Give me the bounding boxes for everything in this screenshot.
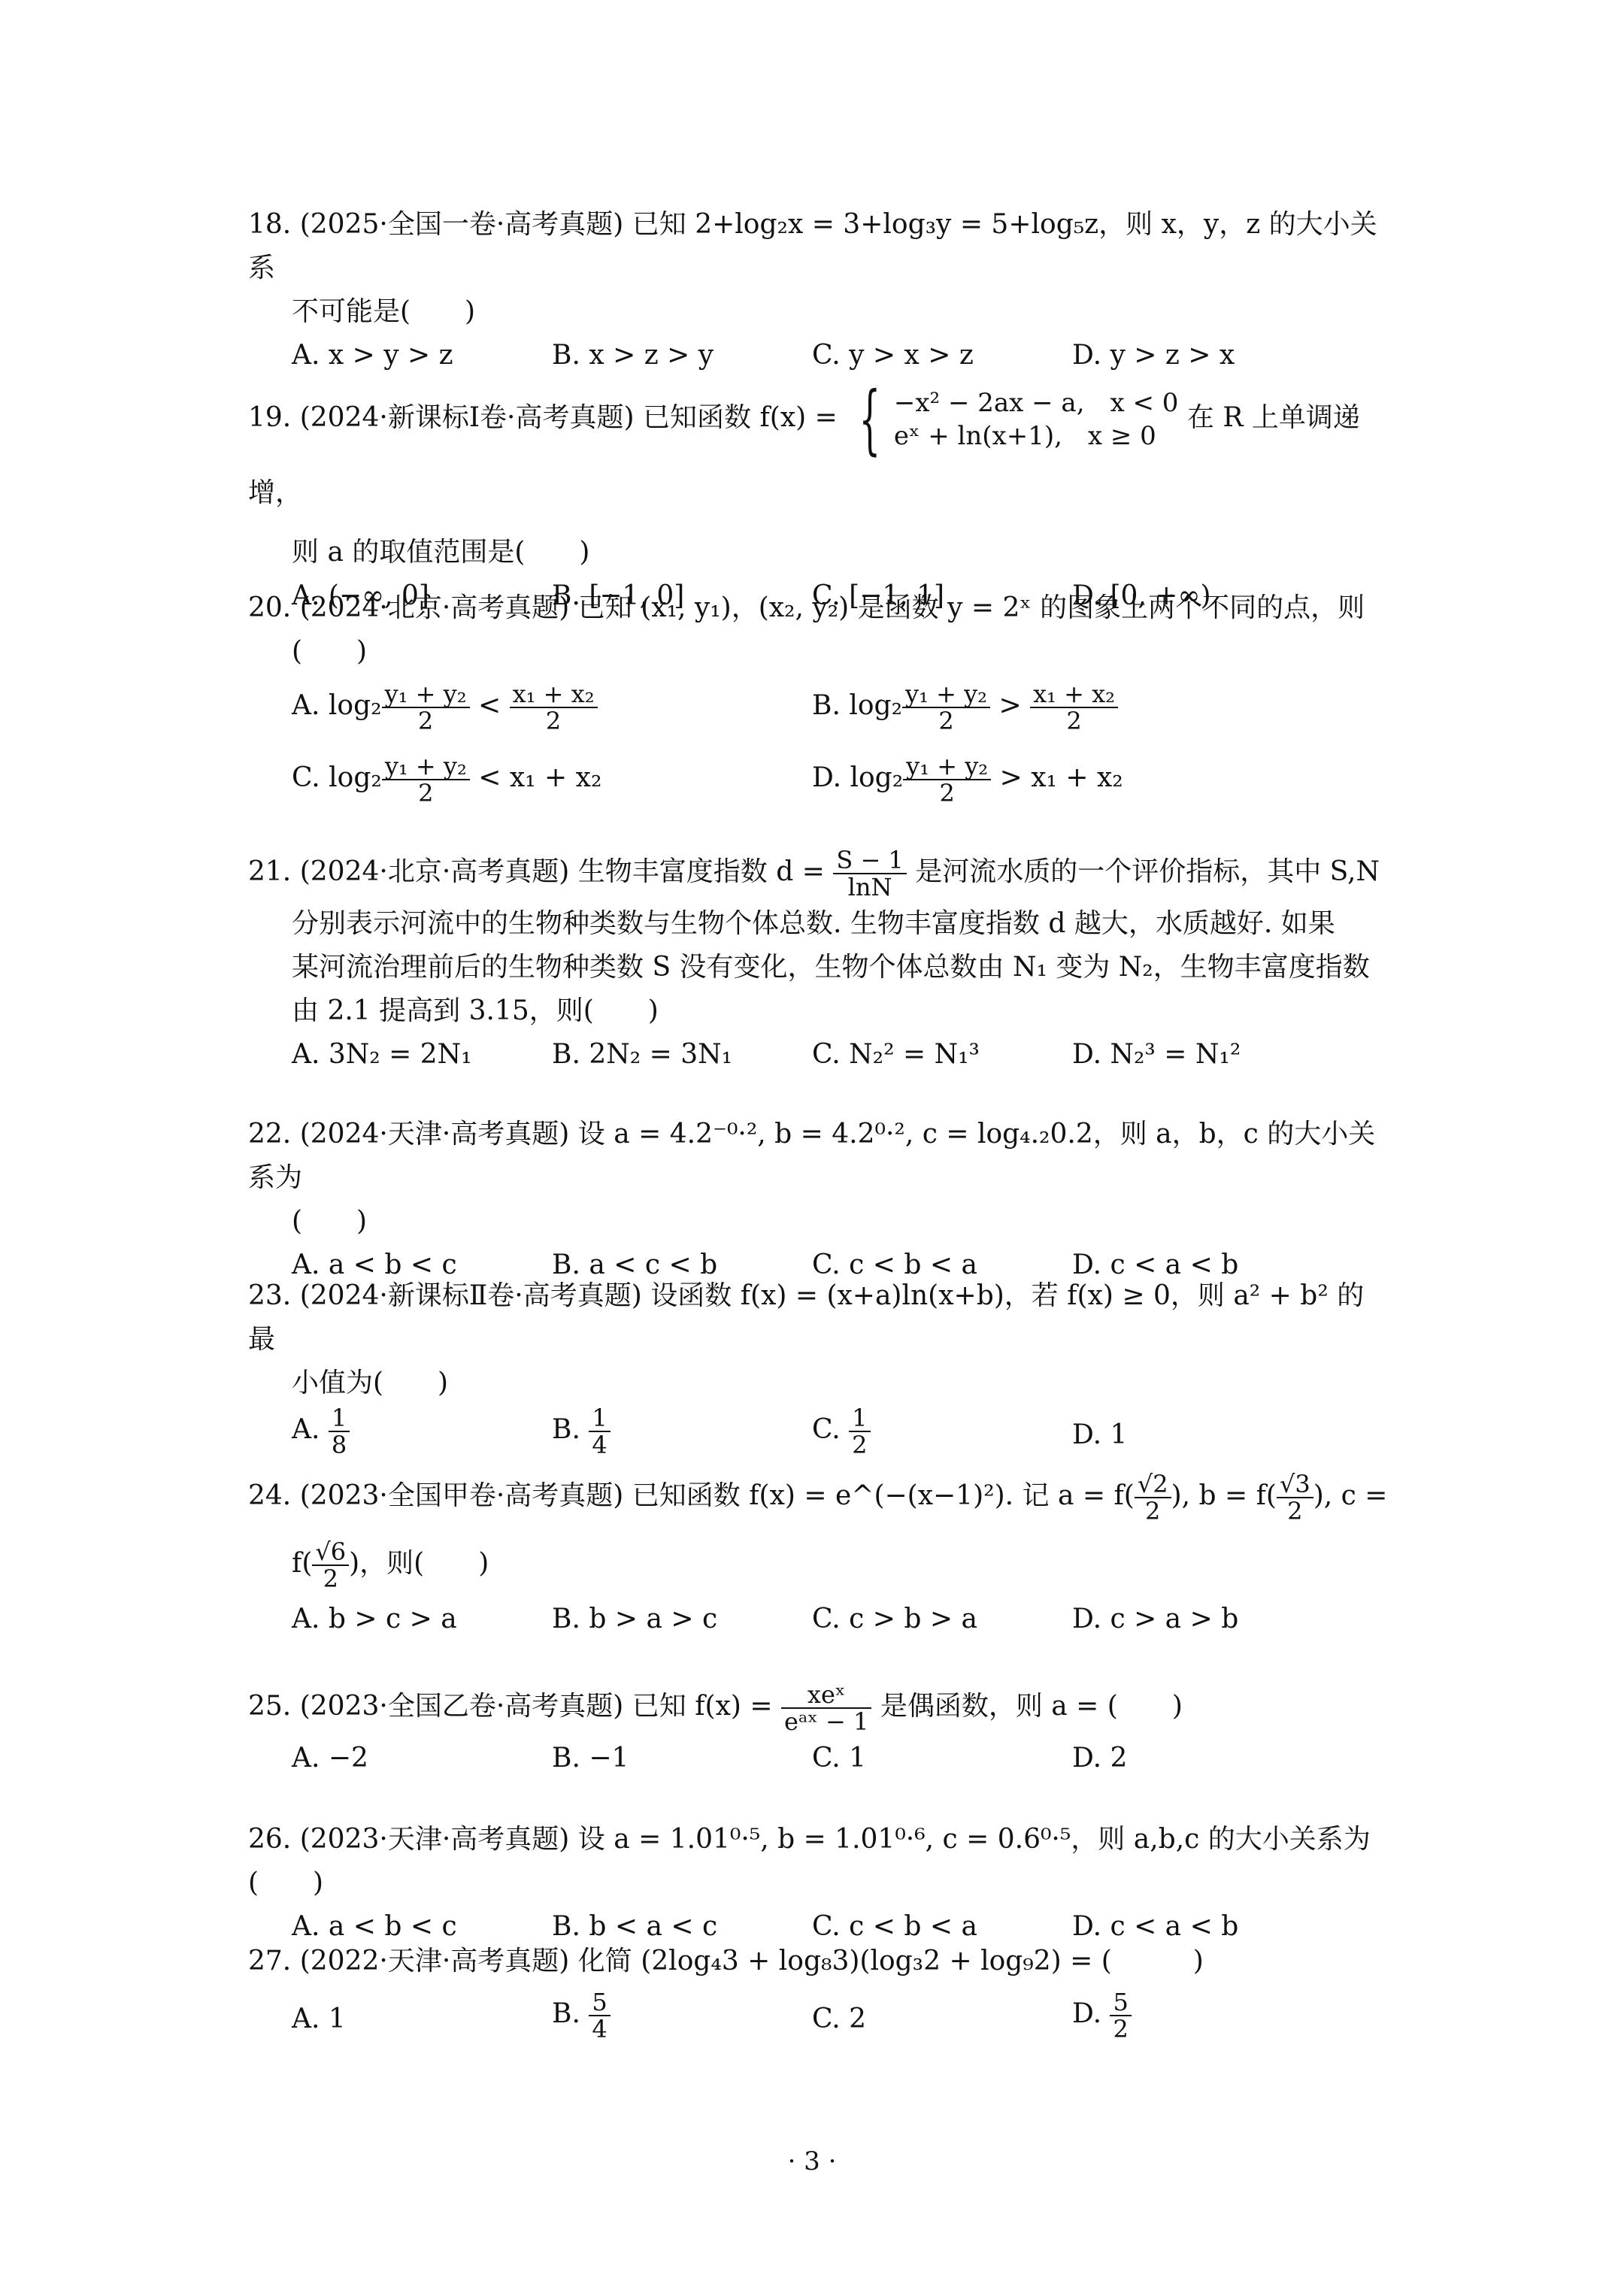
option-c: C. y > x > z [812,334,974,377]
question-text: 已知 f(x) = [632,1691,773,1722]
question-text-line: 分别表示河流中的生物种类数与生物个体总数. 生物丰富度指数 d 越大，水质越好.… [248,902,1391,946]
option-c: C. log₂y₁ + y₂2 < x₁ + x₂ [292,753,601,806]
option-d: D. N₂³ = N₁² [1072,1033,1241,1077]
question-24: 24. (2023·全国甲卷·高考真题) 已知函数 f(x) = e^(−(x−… [248,1462,1391,1646]
option-label: C. log₂ [292,762,382,793]
text: ), c = [1313,1480,1388,1511]
fraction: S − 1lnN [833,847,906,900]
options: A. x > y > z B. x > z > y C. y > x > z D… [248,334,1391,382]
question-text-cont: 则 a 的取值范围是( ) [248,531,1391,574]
question-stem: 19. (2024·新课标Ⅰ卷·高考真题) 已知函数 f(x) = { −x² … [248,380,1391,531]
option-b: B. 2N₂ = 3N₁ [552,1033,732,1077]
option-d: D. 2 [1072,1737,1127,1780]
option-d: D. c > a > b [1072,1598,1238,1641]
option-b: B. 54 [552,1989,611,2042]
option-c: C. 2 [812,1989,866,2049]
question-text-line: 由 2.1 提高到 3.15，则( ) [248,989,1391,1033]
relation: > [1000,762,1023,793]
option-a: A. b > c > a [292,1598,457,1641]
option-b: B. x > z > y [552,334,714,377]
options: A. −2 B. −1 C. 1 D. 2 [248,1737,1391,1785]
option-d: D. 52 [1072,1989,1132,2042]
option-a: A. −2 [292,1737,368,1780]
options-row-2: C. log₂y₁ + y₂2 < x₁ + x₂ D. log₂y₁ + y₂… [248,753,1391,825]
question-number: 23. [248,1280,291,1311]
fraction: 18 [329,1405,350,1458]
option-d: D. y > z > x [1072,334,1235,377]
question-20: 20. (2024·北京·高考真题) 已知 (x₁, y₁)，(x₂, y₂) … [248,586,1391,825]
option-label: D. log₂ [812,762,903,793]
question-stem-cont: 分别表示河流中的生物种类数与生物个体总数. 生物丰富度指数 d 越大，水质越好.… [248,902,1391,1033]
question-text-cont: 小值为( ) [248,1362,1391,1405]
fraction: 54 [589,1989,610,2042]
fraction: x₁ + x₂2 [510,681,598,734]
option-label: A. log₂ [292,690,382,721]
fraction: 52 [1110,1989,1131,2042]
question-source: (2024·北京·高考真题) [300,592,570,623]
option-c: C. N₂² = N₁³ [812,1033,980,1077]
question-26: 26. (2023·天津·高考真题) 设 a = 1.01⁰·⁵, b = 1.… [248,1818,1391,1953]
option-b: B. log₂y₁ + y₂2 > x₁ + x₂2 [812,681,1118,734]
question-stem-cont: f(√62)，则( ) [248,1530,1391,1598]
text: f( [292,1548,312,1579]
question-source: (2024·北京·高考真题) [300,856,570,887]
question-number: 27. [248,1946,291,1976]
question-number: 21. [248,856,291,887]
text: ), b = f( [1171,1480,1277,1511]
question-stem: 26. (2023·天津·高考真题) 设 a = 1.01⁰·⁵, b = 1.… [248,1818,1391,1905]
left-brace: { [859,386,881,453]
question-stem: 27. (2022·天津·高考真题) 化简 (2log₄3 + log₈3)(l… [248,1940,1391,1983]
question-number: 18. [248,209,291,240]
rhs: x₁ + x₂ [1031,762,1123,793]
question-25: 25. (2023·全国乙卷·高考真题) 已知 f(x) = xeˣeᵃˣ − … [248,1677,1391,1785]
option-c: C. 12 [812,1405,871,1458]
question-18: 18. (2025·全国一卷·高考真题) 已知 2+log₂x = 3+log₃… [248,203,1391,382]
fraction: √32 [1277,1471,1313,1524]
question-text-line: 某河流治理前后的生物种类数 S 没有变化，生物个体总数由 N₁ 变为 N₂，生物… [248,946,1391,989]
relation: > [998,690,1021,721]
question-source: (2024·新课标Ⅱ卷·高考真题) [300,1280,642,1311]
question-stem: 25. (2023·全国乙卷·高考真题) 已知 f(x) = xeˣeᵃˣ − … [248,1677,1391,1737]
fraction: xeˣeᵃˣ − 1 [781,1682,871,1734]
question-number: 24. [248,1480,291,1511]
fraction: y₁ + y₂2 [382,681,470,734]
page-number: · 3 · [0,2146,1624,2176]
piece-case-2: eˣ + ln(x+1), x ≥ 0 [894,420,1179,453]
relation: < [478,762,501,793]
option-label: B. log₂ [812,690,902,721]
question-stem: 24. (2023·全国甲卷·高考真题) 已知函数 f(x) = e^(−(x−… [248,1462,1391,1530]
question-21: 21. (2024·北京·高考真题) 生物丰富度指数 d = S − 1lnN … [248,842,1391,1081]
question-text: 已知函数 f(x) = [643,402,838,433]
question-source: (2023·全国乙卷·高考真题) [300,1691,624,1722]
question-source: (2025·全国一卷·高考真题) [300,209,624,240]
option-d: D. 1 [1072,1405,1127,1465]
fraction: 12 [849,1405,870,1458]
option-a: A. log₂y₁ + y₂2 < x₁ + x₂2 [292,681,598,734]
question-text-post: 是河流水质的一个评价指标，其中 S,N [915,856,1380,887]
options-row-1: A. log₂y₁ + y₂2 < x₁ + x₂2 B. log₂y₁ + y… [248,681,1391,753]
question-source: (2023·天津·高考真题) [300,1824,570,1855]
text: )，则( ) [349,1548,489,1579]
question-source: (2022·天津·高考真题) [300,1946,570,1976]
question-27: 27. (2022·天津·高考真题) 化简 (2log₄3 + log₈3)(l… [248,1940,1391,2057]
question-source: (2024·天津·高考真题) [300,1119,570,1150]
rhs: x₁ + x₂ [510,762,602,793]
option-c: C. c > b > a [812,1598,977,1641]
question-stem: 20. (2024·北京·高考真题) 已知 (x₁, y₁)，(x₂, y₂) … [248,586,1391,674]
question-text-cont: ( ) [248,630,1391,674]
question-number: 25. [248,1691,291,1722]
question-source: (2023·全国甲卷·高考真题) [300,1480,624,1511]
question-text: 化简 (2log₄3 + log₈3)(log₃2 + log₉2) = ( ) [578,1946,1204,1976]
fraction: 14 [589,1405,610,1458]
fraction: y₁ + y₂2 [903,753,991,806]
question-text: 已知 (x₁, y₁)，(x₂, y₂) 是函数 y = 2ˣ 的图象上两个不同… [578,592,1365,623]
fraction: y₁ + y₂2 [382,753,470,806]
question-source: (2024·新课标Ⅰ卷·高考真题) [300,402,635,433]
option-b: B. −1 [552,1737,629,1780]
options: A. b > c > a B. b > a > c C. c > b > a D… [248,1598,1391,1646]
question-stem-cont: 则 a 的取值范围是( ) [248,531,1391,574]
piecewise-cases: −x² − 2ax − a, x < 0 eˣ + ln(x+1), x ≥ 0 [894,386,1179,453]
options: A. 3N₂ = 2N₁ B. 2N₂ = 3N₁ C. N₂² = N₁³ D… [248,1033,1391,1081]
question-23: 23. (2024·新课标Ⅱ卷·高考真题) 设函数 f(x) = (x+a)ln… [248,1274,1391,1473]
question-stem: 23. (2024·新课标Ⅱ卷·高考真题) 设函数 f(x) = (x+a)ln… [248,1274,1391,1405]
option-d: D. log₂y₁ + y₂2 > x₁ + x₂ [812,753,1123,806]
option-b: B. 14 [552,1405,611,1458]
question-22: 22. (2024·天津·高考真题) 设 a = 4.2⁻⁰·², b = 4.… [248,1113,1391,1292]
option-a: A. x > y > z [292,334,453,377]
option-c: C. 1 [812,1737,866,1780]
fraction: y₁ + y₂2 [902,681,990,734]
fraction: x₁ + x₂2 [1030,681,1118,734]
question-number: 19. [248,402,291,433]
question-stem: 21. (2024·北京·高考真题) 生物丰富度指数 d = S − 1lnN … [248,842,1391,902]
question-text-cont: ( ) [248,1200,1391,1243]
question-text: 已知函数 f(x) = e^(−(x−1)²). 记 a = f( [632,1480,1135,1511]
option-a: A. 1 [292,1989,346,2049]
fraction: √22 [1135,1471,1171,1524]
question-number: 20. [248,592,291,623]
options: A. 1 B. 54 C. 2 D. 52 [248,1989,1391,2057]
question-stem: 22. (2024·天津·高考真题) 设 a = 4.2⁻⁰·², b = 4.… [248,1113,1391,1243]
question-text: 生物丰富度指数 d = [578,856,825,887]
option-a: A. 18 [292,1405,350,1458]
question-text-post: 是偶函数，则 a = ( ) [880,1691,1183,1722]
relation: < [478,690,501,721]
question-text-cont: 不可能是( ) [248,290,1391,334]
question-number: 22. [248,1119,291,1150]
option-b: B. b > a > c [552,1598,717,1641]
question-stem: 18. (2025·全国一卷·高考真题) 已知 2+log₂x = 3+log₃… [248,203,1391,334]
fraction: √62 [312,1539,349,1592]
question-number: 26. [248,1824,291,1855]
option-a: A. 3N₂ = 2N₁ [292,1033,472,1077]
piece-case-1: −x² − 2ax − a, x < 0 [894,386,1179,420]
